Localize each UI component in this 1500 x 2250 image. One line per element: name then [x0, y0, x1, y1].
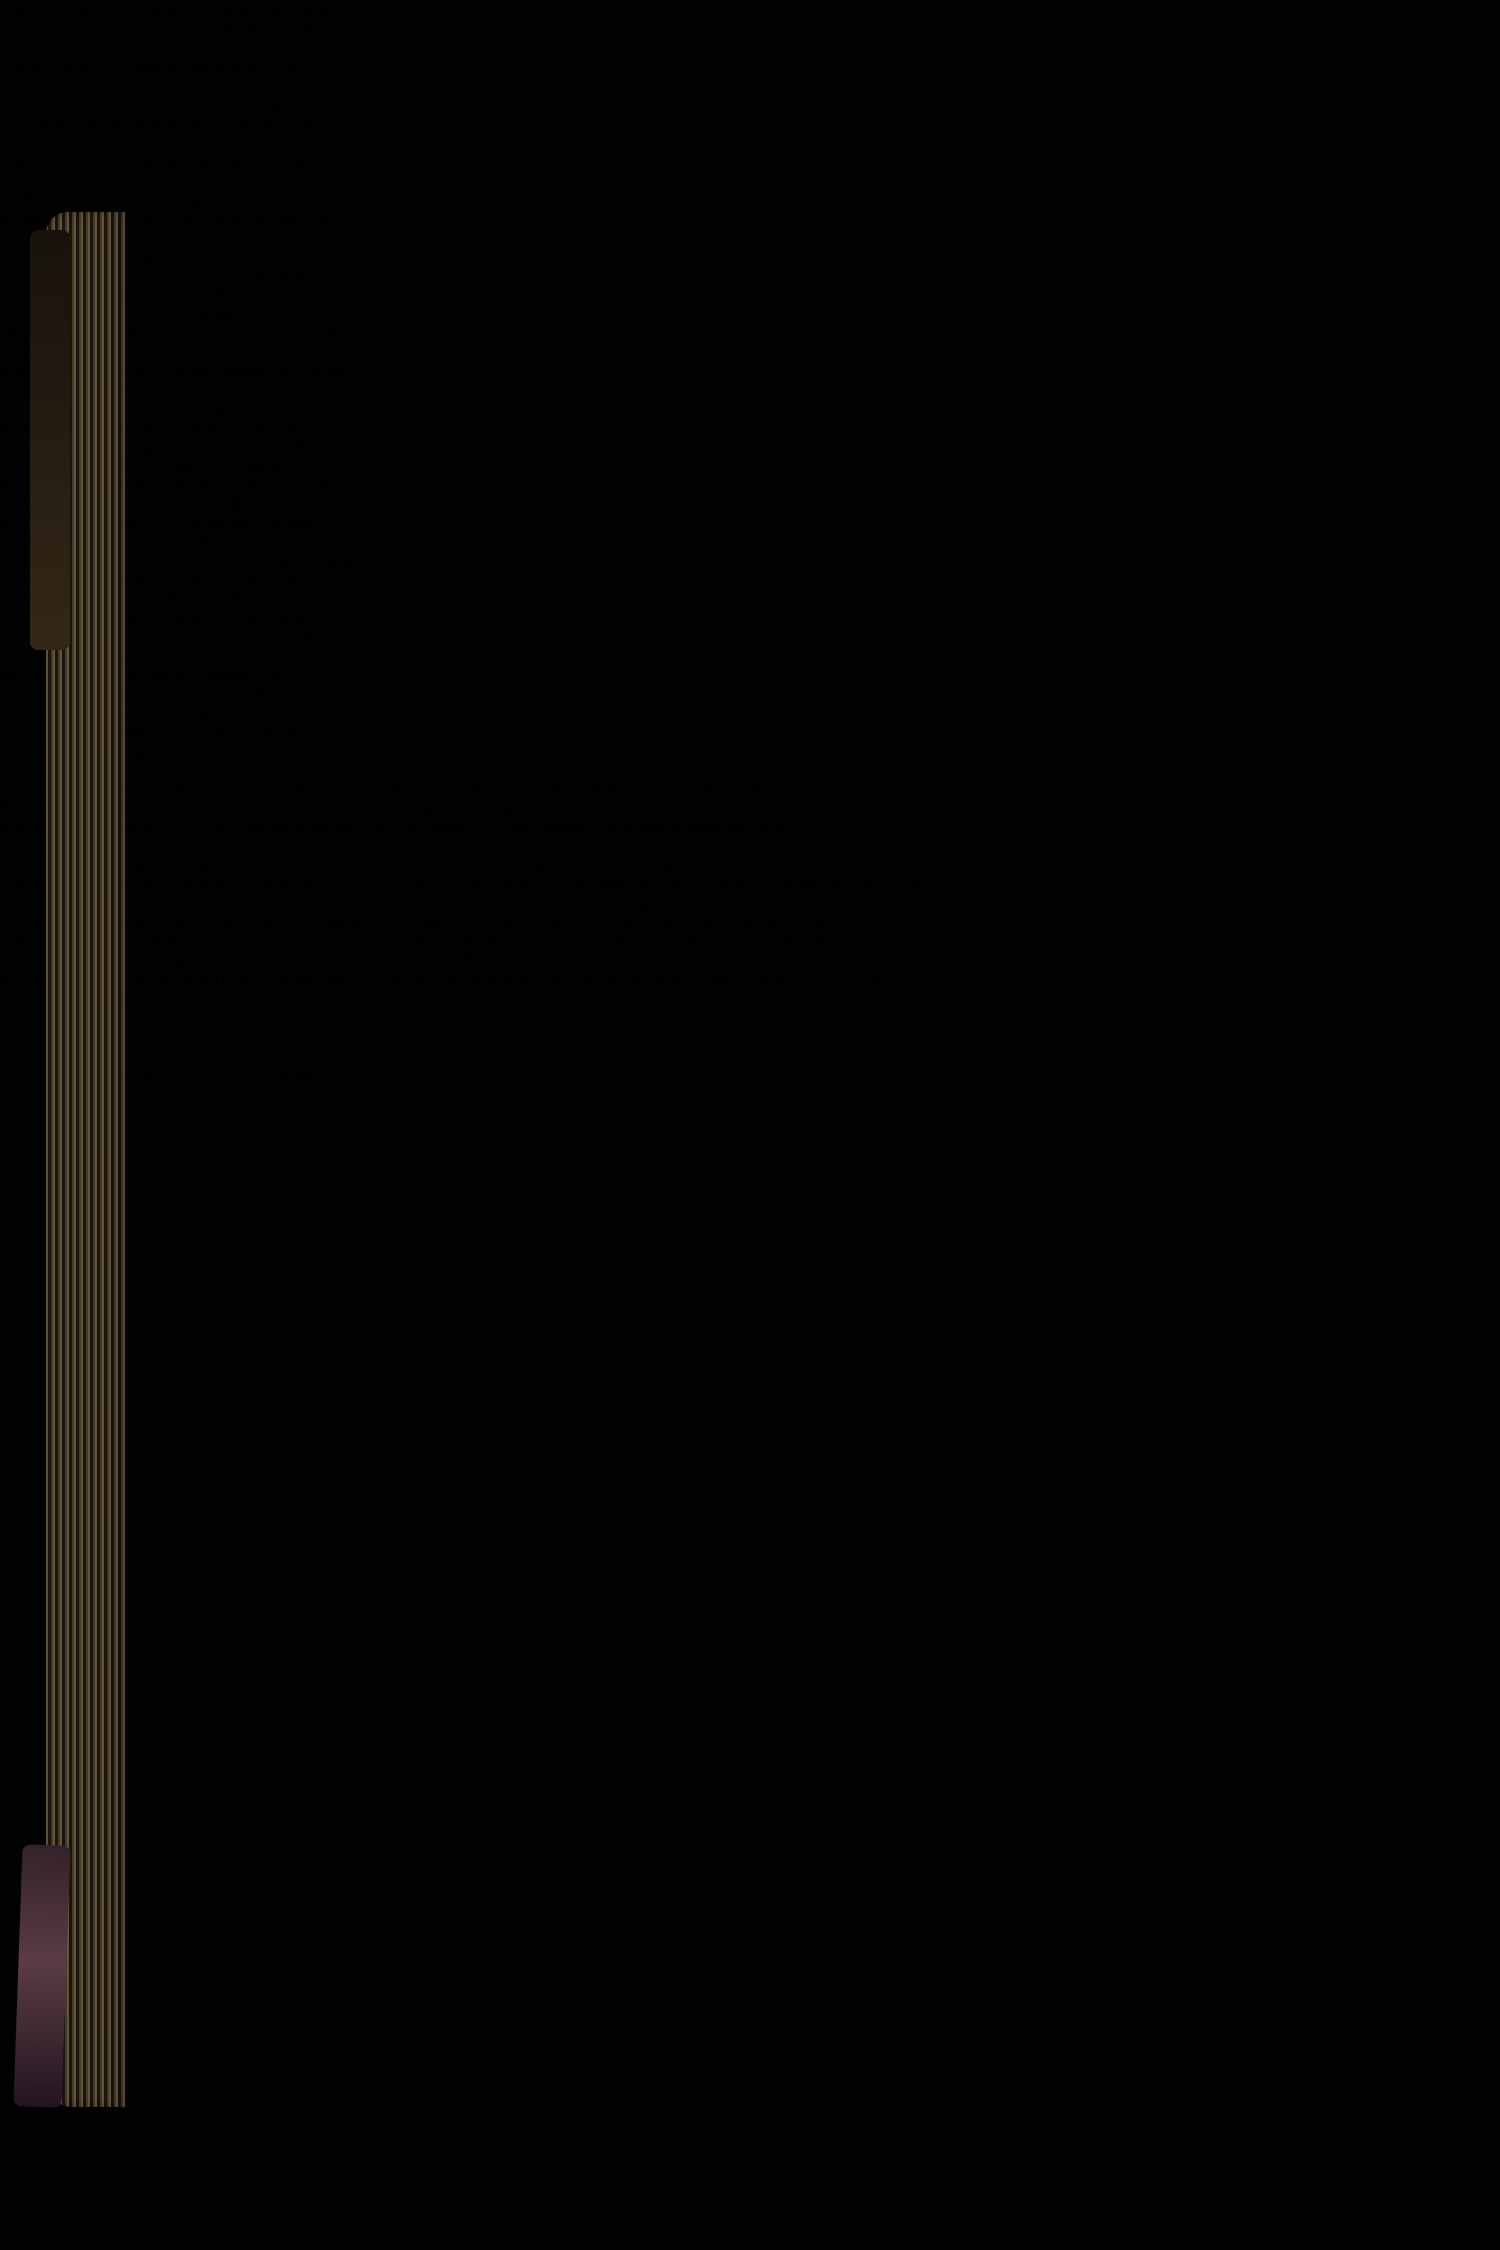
- marginal-mark: ν̈: [0, 1064, 10, 1083]
- marginal-mark: ※: [210, 1064, 223, 1083]
- text-line: ως ἐρωτώμενος· ὅτι ἀνόνητα ἦν τὰ: [0, 133, 1500, 152]
- marginal-mark: λάζαι: [133, 1064, 180, 1083]
- marginal-mark: φ̈: [299, 1064, 310, 1083]
- marginal-mark: λ̄: [180, 1064, 190, 1083]
- text-line: γὰρ τὸ μὲν σχῆμα. δικαστηρίου ἦν μόνον.: [0, 171, 1500, 190]
- marginal-mark: ΐ·: [199, 1064, 210, 1083]
- text-line: ναὸν τοῦ θυ̅. οὐ γὰρ εἶπεν οὕτως· ἀλλὰ λ…: [0, 57, 1500, 76]
- marginal-mark: τη: [224, 1064, 242, 1083]
- text-line: τοῦ ἰδίου: φ̈ ἐσιώπα δὲ ὑπὸ τοῦ ἀρχιερέ: [0, 114, 1500, 133]
- text-line: όθεν ἀποδείκνυνται ψευδομάρτυρες οἱ κα: [0, 0, 1500, 19]
- text-line: τῆς ἀπολογίας· οὐδενὸς ἀκούοντος· καὶ: [0, 152, 1500, 171]
- marginal-mark: β̄: [190, 1064, 199, 1083]
- marginal-mark: τθ: [252, 1064, 270, 1083]
- text-line: τὰ τοῦ χυ̅ μάρτυρες· ἀπὸ τοῦ εἰπεῖν αὐτο…: [0, 19, 1500, 38]
- binding-edge-top: [30, 230, 70, 650]
- marginal-mark: ἡμ: [279, 1064, 299, 1083]
- text-line: ὅτι οὗτος ἔφη· δύναμαι καταλῦσαι τὸν: [0, 38, 1500, 57]
- text-line: τοῦ ναοῦ εἶπεν. ἀλλὰ περὶ τοῦ σώματος: [0, 95, 1500, 114]
- binding-edge-bottom: [13, 1844, 70, 2108]
- marginal-mark: ζ: [328, 1064, 337, 1083]
- marginal-mark: ς: [270, 1064, 279, 1083]
- manuscript-photo: όθεν ἀποδείκνυνται ψευδομάρτυρες οἱ κατὰ…: [0, 0, 1500, 2250]
- fore-edge-pages: [1240, 205, 1498, 2143]
- text-line: σατε τὸν ναὸν τοῦτον· οὔτε δὲ πάλιν π: [0, 76, 1500, 95]
- marginal-mark: δ: [242, 1064, 252, 1083]
